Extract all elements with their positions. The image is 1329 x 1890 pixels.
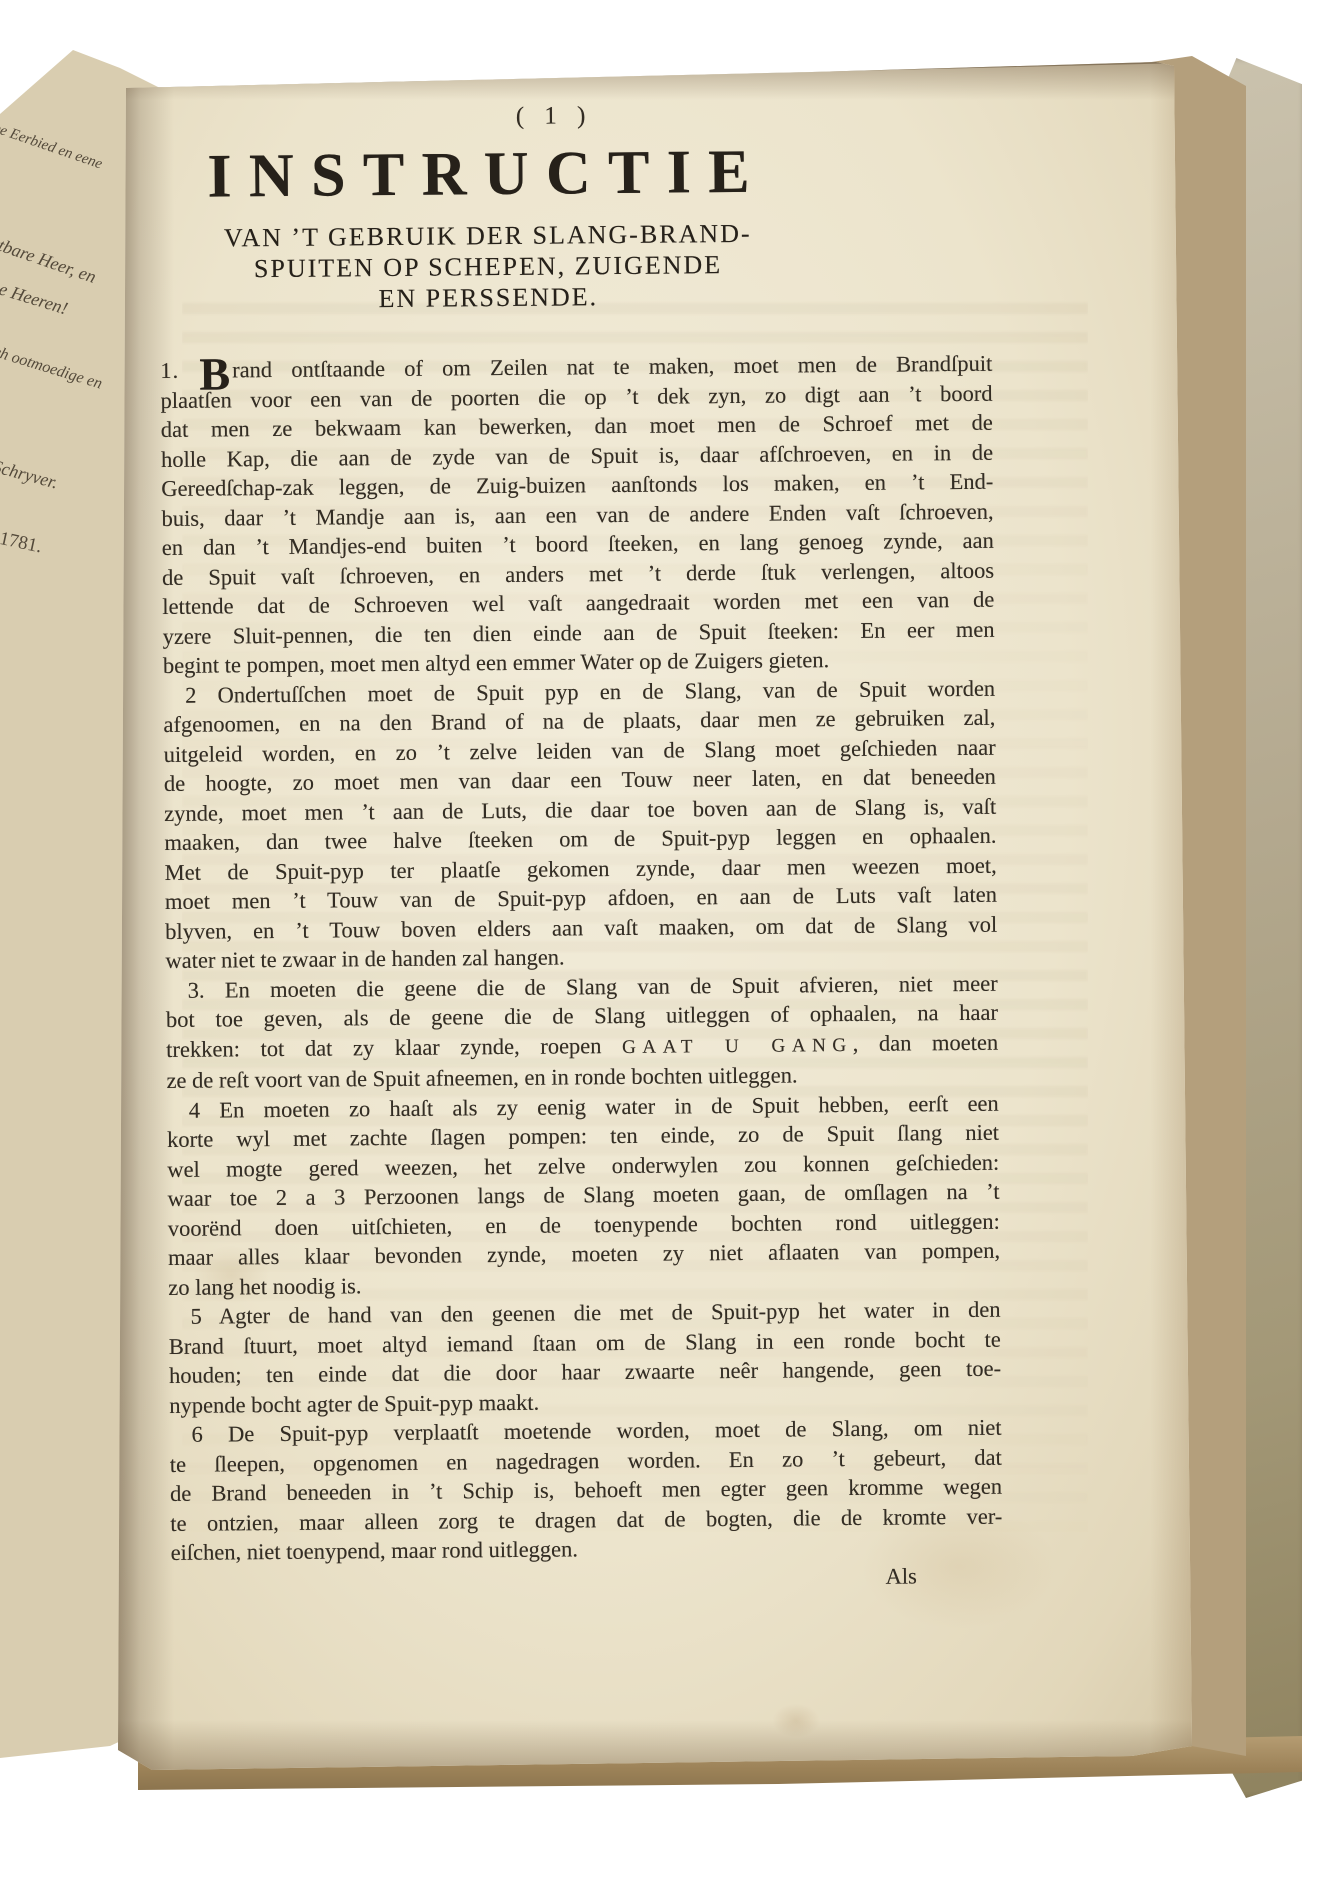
subtitle-line: SPUITEN OP SCHEPEN, ZUIGENDE (159, 249, 817, 286)
facing-page-fragment: Schryver. (0, 456, 60, 493)
page-title: INSTRUCTIE (158, 136, 816, 213)
facing-page-fragment: pe Eerbied en eene (0, 120, 104, 173)
facing-page-fragment: ſch ootmoedige en (0, 342, 104, 394)
paragraph: 2 Ondertuſſchen moet de Spuit pyp en de … (163, 674, 998, 976)
facing-page-year: 1781. (0, 528, 44, 558)
paragraph: 4 En moeten zo haaſt als zy eenig water … (167, 1088, 1001, 1302)
body-text: 1. Brand ontſtaande of om Zeilen nat te … (160, 349, 1003, 1568)
page-subtitle: VAN ’T GEBRUIK DER SLANG-BRAND- SPUITEN … (159, 218, 817, 317)
paragraph: 6 De Spuit-pyp verplaatſt moetende worde… (169, 1413, 1002, 1568)
text-line: eiſchen, niet toenypend, maar rond uitle… (170, 1531, 1002, 1568)
facing-page-fragment: ge Heeren! (0, 276, 70, 319)
subtitle-line: EN PERSSENDE. (160, 280, 818, 317)
paragraph: 5 Agter de hand van den geenen die met d… (168, 1295, 1001, 1420)
top-edge-shadow (112, 58, 1198, 100)
photograph: pe Eerbied en eene gtbare Heer, en ge He… (0, 0, 1329, 1890)
page-number: ( 1 ) (158, 99, 990, 134)
type-area: ( 1 ) INSTRUCTIE VAN ’T GEBRUIK DER SLAN… (158, 99, 1003, 1596)
paragraph: 1. Brand ontſtaande of om Zeilen nat te … (160, 349, 995, 681)
paragraph: 3. En moeten die geene die de Slang van … (166, 969, 999, 1096)
facing-page-fragment: gtbare Heer, en (0, 232, 99, 288)
book-page: ( 1 ) INSTRUCTIE VAN ’T GEBRUIK DER SLAN… (112, 58, 1198, 1772)
catchword: Als (171, 1562, 1003, 1595)
